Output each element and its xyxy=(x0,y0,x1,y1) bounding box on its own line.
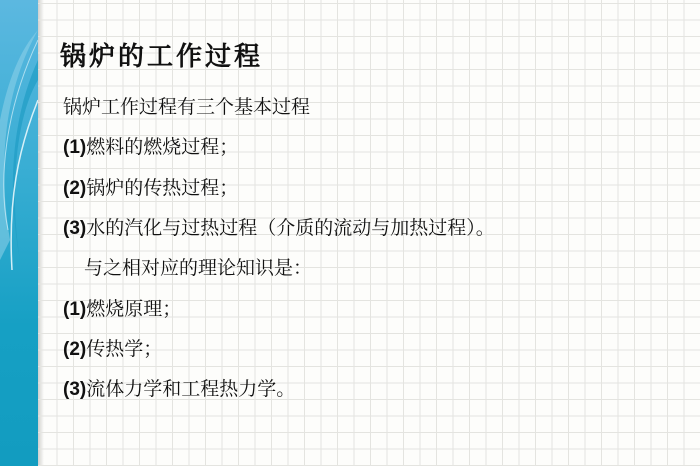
process-item-3: (3)水的汽化与过热过程（介质的流动与加热过程）。 xyxy=(63,213,495,240)
theory-text: 传热学； xyxy=(86,338,162,360)
process-text: 水的汽化与过热过程（介质的流动与加热过程）。 xyxy=(86,217,495,239)
process-item-1: (1)燃料的燃烧过程； xyxy=(63,132,238,159)
intro-text: 锅炉工作过程有三个基本过程 xyxy=(63,92,310,119)
theory-intro-text: 与之相对应的理论知识是： xyxy=(84,253,312,280)
slide-content: 锅炉的工作过程 锅炉工作过程有三个基本过程 (1)燃料的燃烧过程； (2)锅炉的… xyxy=(0,0,700,466)
theory-item-1: (1)燃烧原理； xyxy=(63,294,181,321)
process-number: (2) xyxy=(63,178,86,199)
slide-title: 锅炉的工作过程 xyxy=(60,36,263,73)
process-text: 燃料的燃烧过程； xyxy=(86,136,238,158)
theory-item-2: (2)传热学； xyxy=(63,334,162,361)
theory-item-3: (3)流体力学和工程热力学。 xyxy=(63,374,295,401)
process-number: (1) xyxy=(63,137,86,158)
theory-text: 燃烧原理； xyxy=(86,298,181,320)
theory-number: (1) xyxy=(63,299,86,320)
theory-number: (3) xyxy=(63,379,86,400)
process-number: (3) xyxy=(63,218,86,239)
process-text: 锅炉的传热过程； xyxy=(86,177,238,199)
process-item-2: (2)锅炉的传热过程； xyxy=(63,173,238,200)
theory-text: 流体力学和工程热力学。 xyxy=(86,378,295,400)
theory-number: (2) xyxy=(63,339,86,360)
